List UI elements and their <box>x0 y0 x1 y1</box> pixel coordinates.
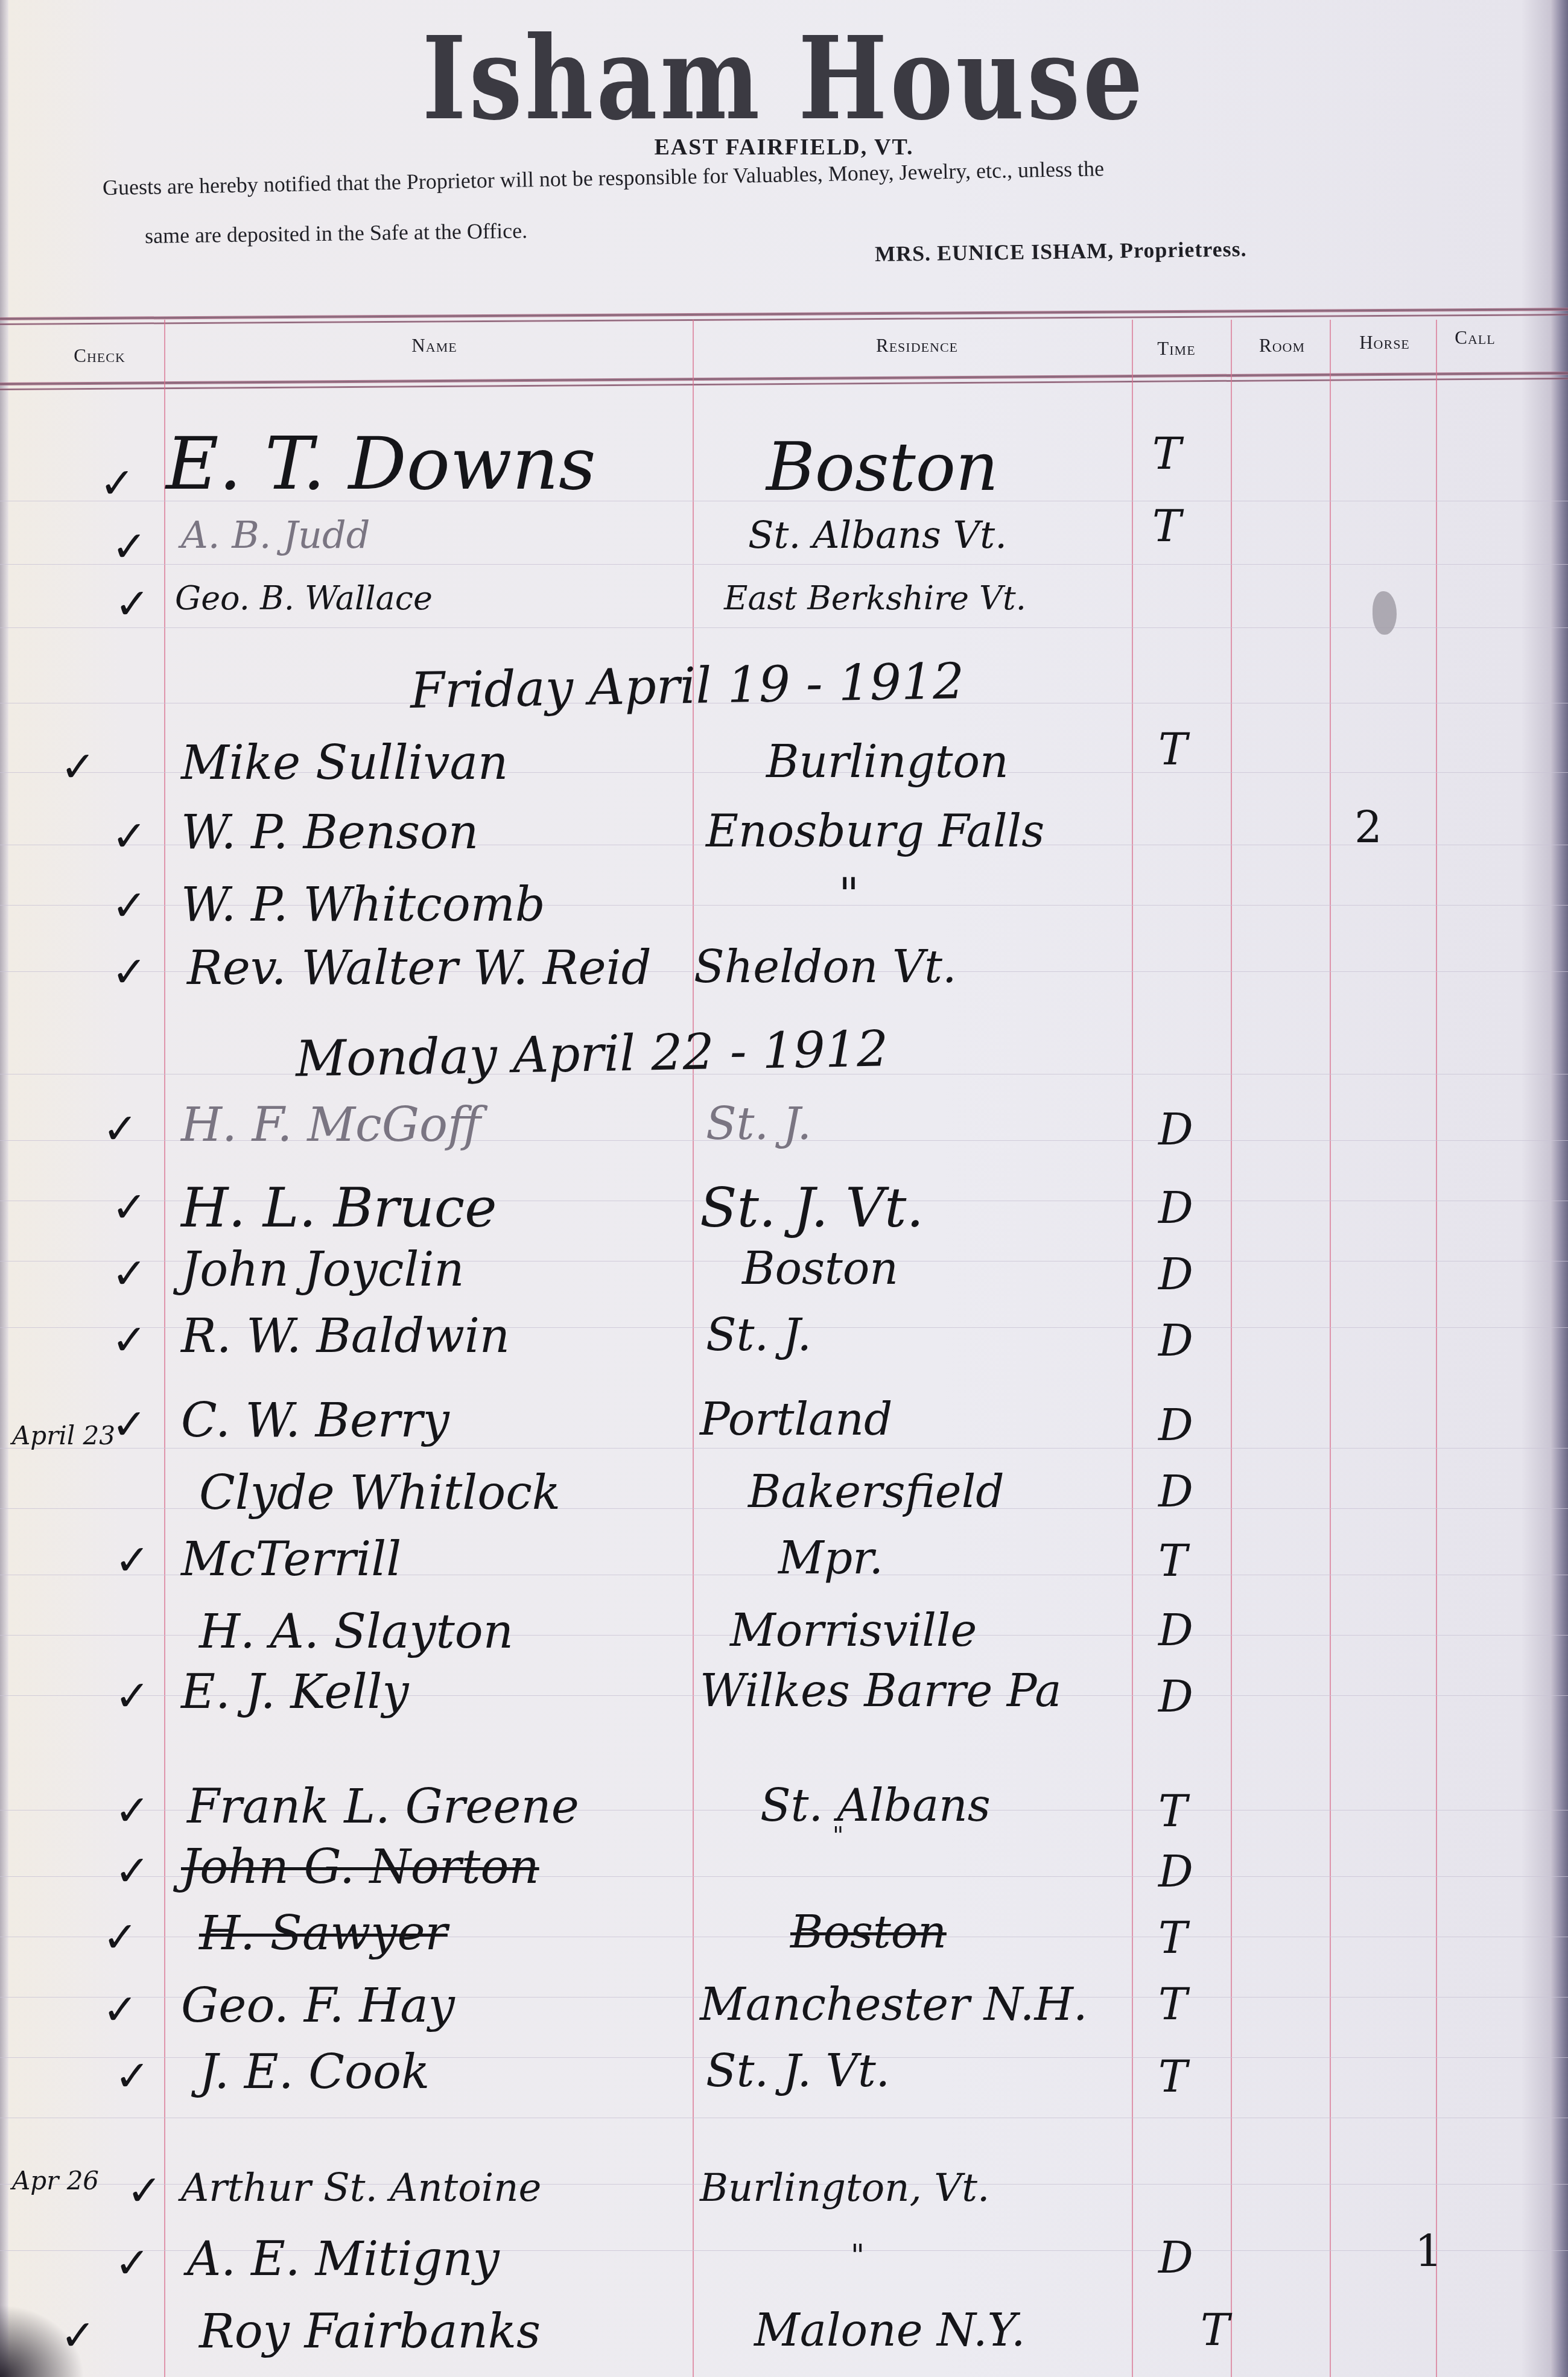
guest-time: D <box>1158 1400 1193 1450</box>
guest-time: T <box>1152 501 1181 551</box>
check-mark: ✓ <box>115 1535 150 1585</box>
guest-residence: Sheldon Vt. <box>694 941 957 993</box>
register-page: Isham House EAST FAIRFIELD, VT. Guests a… <box>0 0 1568 2377</box>
column-header-check: Check <box>60 345 139 367</box>
check-mark: ✓ <box>60 742 96 792</box>
guest-residence: Burlington, Vt. <box>700 2166 989 2210</box>
guest-residence: St. J. Vt. <box>700 1176 924 1240</box>
guest-residence: Burlington <box>766 736 1009 788</box>
guest-time: D <box>1158 1315 1193 1366</box>
check-mark: ✓ <box>115 1786 150 1835</box>
guest-residence: Bakersfield <box>748 1466 1005 1518</box>
guest-residence: Boston <box>790 1906 947 1958</box>
guest-name: Mike Sullivan <box>181 736 508 790</box>
rule-room-horse <box>1330 320 1331 2377</box>
guest-name: Arthur St. Antoine <box>181 2166 541 2210</box>
guest-time: D <box>1158 2232 1193 2283</box>
proprietress-line: MRS. EUNICE ISHAM, Proprietress. <box>875 236 1247 267</box>
check-mark: ✓ <box>112 1400 147 1449</box>
check-mark: ✓ <box>112 947 147 997</box>
guest-residence: " <box>851 2238 865 2273</box>
corner-shadow <box>0 2305 84 2377</box>
guest-time: D <box>1158 1466 1193 1517</box>
guest-time: T <box>1158 1786 1187 1836</box>
guest-residence: Manchester N.H. <box>700 1979 1087 2031</box>
guest-name: H. L. Bruce <box>181 1176 497 1240</box>
page-left-edge <box>0 0 8 2377</box>
check-mark: ✓ <box>103 1985 138 2034</box>
guest-time: T <box>1158 1535 1187 1586</box>
guest-name: A. B. Judd <box>181 513 370 557</box>
guest-name: Clyde Whitlock <box>199 1466 560 1520</box>
guest-time: T <box>1158 1912 1187 1963</box>
guest-time: D <box>1158 1182 1193 1233</box>
guest-name: McTerrill <box>181 1532 401 1587</box>
check-mark: ✓ <box>112 881 147 930</box>
column-header-horse: Horse <box>1339 332 1430 354</box>
guest-time: D <box>1158 1605 1193 1655</box>
margin-date-note: April 23 <box>12 1421 115 1450</box>
guest-time: T <box>1152 428 1181 479</box>
rule-time-room <box>1231 320 1232 2377</box>
ledger-line <box>0 1448 1568 1449</box>
column-header-residence: Residence <box>833 335 1001 357</box>
guest-name: W. P. Benson <box>181 805 478 860</box>
rule-check-name <box>164 320 165 2377</box>
guest-name: Frank L. Greene <box>187 1780 579 1834</box>
date-heading: Friday April 19 - 1912 <box>410 653 965 720</box>
guest-name: E. T. Downs <box>166 422 596 506</box>
check-mark: ✓ <box>115 2051 150 2101</box>
hotel-title: Isham House <box>141 11 1427 145</box>
margin-date-note: Apr 26 <box>12 2166 99 2195</box>
guest-name: Roy Fairbanks <box>199 2305 541 2359</box>
guest-name: H. F. McGoff <box>181 1098 481 1152</box>
guest-residence: " <box>839 869 859 921</box>
guest-residence: St. Albans <box>760 1780 991 1832</box>
rule-residence-time <box>1132 320 1133 2377</box>
column-header-time: Time <box>1140 338 1213 360</box>
guest-residence: St. Albans Vt. <box>748 513 1007 557</box>
check-mark: ✓ <box>115 1671 150 1721</box>
guest-name: A. E. Mitigny <box>187 2232 500 2287</box>
guest-time: D <box>1158 1846 1193 1897</box>
check-mark: ✓ <box>115 579 150 629</box>
guest-time: D <box>1158 1249 1193 1300</box>
guest-time: T <box>1158 2051 1187 2102</box>
guest-residence: Boston <box>766 428 998 506</box>
guest-name: Geo. B. Wallace <box>175 579 433 617</box>
check-mark: ✓ <box>103 1912 138 1962</box>
guest-name: H. A. Slayton <box>199 1605 513 1659</box>
guest-name: Rev. Walter W. Reid <box>187 941 652 995</box>
guest-name: Geo. F. Hay <box>181 1979 455 2033</box>
guest-time: D <box>1158 1671 1193 1722</box>
column-header-room: Room <box>1243 335 1321 357</box>
call-number: 1 <box>1415 2226 1443 2277</box>
guest-name: John G. Norton <box>181 1840 539 1894</box>
column-header-call: Call <box>1442 327 1508 349</box>
guest-name: John Joyclin <box>181 1243 465 1297</box>
guest-time: T <box>1158 1979 1187 2029</box>
guest-name: C. W. Berry <box>181 1394 449 1448</box>
guest-name: H. Sawyer <box>199 1906 448 1961</box>
check-mark: ✓ <box>115 1846 150 1896</box>
guest-residence: St. J. <box>706 1098 811 1150</box>
notice-line-1: Guests are hereby notified that the Prop… <box>103 156 1105 200</box>
check-mark: ✓ <box>112 522 147 571</box>
ink-stain <box>1373 591 1397 635</box>
horse-number: 2 <box>1354 802 1382 853</box>
check-mark: ✓ <box>112 811 147 861</box>
guest-time: T <box>1201 2305 1230 2355</box>
guest-name: J. E. Cook <box>199 2045 430 2099</box>
guest-residence: St. J. <box>706 1309 811 1361</box>
book-spine <box>1551 0 1568 2377</box>
guest-residence: Mpr. <box>778 1532 883 1584</box>
guest-residence: East Berkshire Vt. <box>724 579 1026 617</box>
guest-time: T <box>1158 724 1187 775</box>
ledger-line <box>0 2118 1568 2118</box>
hotel-location: EAST FAIRFIELD, VT. <box>0 134 1568 160</box>
notice-line-2: same are deposited in the Safe at the Of… <box>145 218 528 249</box>
guest-residence: Boston <box>742 1243 898 1295</box>
date-heading: Monday April 22 - 1912 <box>295 1020 889 1088</box>
check-mark: ✓ <box>127 2166 162 2215</box>
guest-time: D <box>1158 1104 1193 1155</box>
guest-residence: Malone N.Y. <box>754 2305 1025 2356</box>
guest-residence: Morrisville <box>730 1605 977 1657</box>
check-mark: ✓ <box>112 1182 147 1232</box>
guest-residence: " <box>833 1822 843 1850</box>
rule-horse-call <box>1436 320 1437 2377</box>
check-mark: ✓ <box>100 459 135 508</box>
ledger-line <box>0 627 1568 628</box>
check-mark: ✓ <box>103 1104 138 1154</box>
column-header-name: Name <box>362 335 507 357</box>
guest-name: E. J. Kelly <box>181 1665 409 1719</box>
ledger-line <box>0 564 1568 565</box>
check-mark: ✓ <box>112 1315 147 1365</box>
guest-residence: St. J. Vt. <box>706 2045 890 2097</box>
guest-name: W. P. Whitcomb <box>181 878 545 932</box>
check-mark: ✓ <box>112 1249 147 1298</box>
check-mark: ✓ <box>115 2238 150 2288</box>
guest-residence: Portland <box>700 1394 892 1446</box>
rule-name-residence <box>693 320 694 2377</box>
guest-residence: Enosburg Falls <box>706 805 1044 857</box>
guest-name: R. W. Baldwin <box>181 1309 510 1363</box>
guest-residence: Wilkes Barre Pa <box>700 1665 1061 1717</box>
